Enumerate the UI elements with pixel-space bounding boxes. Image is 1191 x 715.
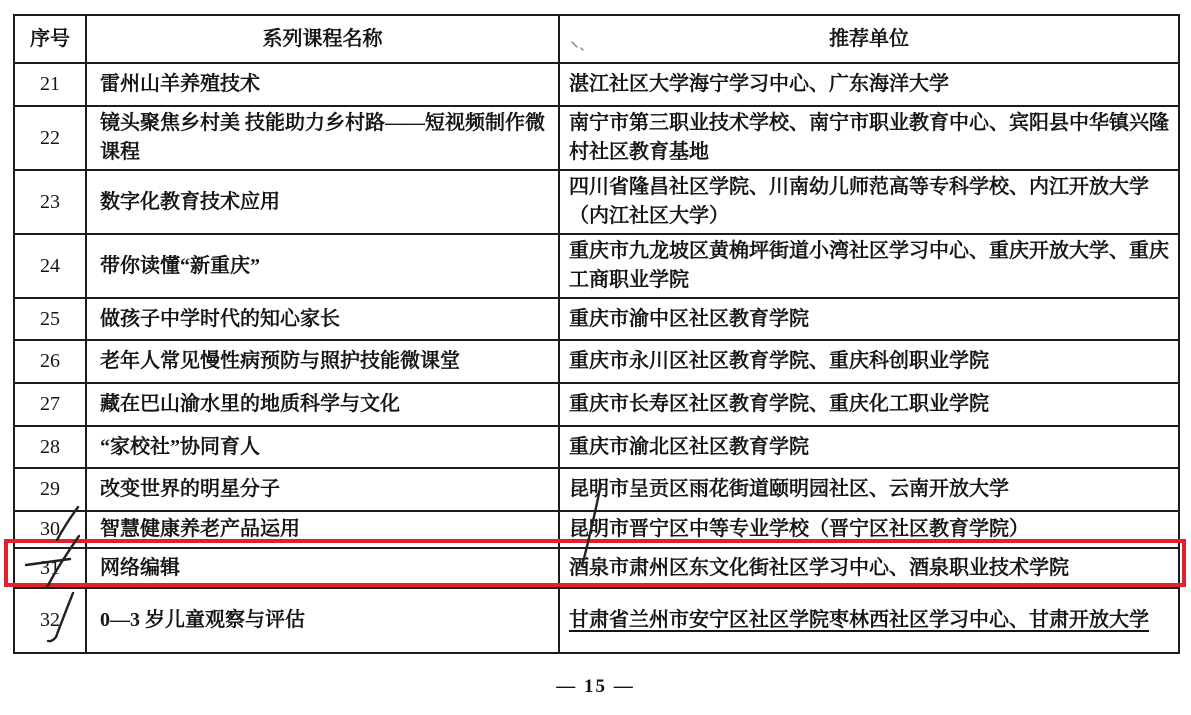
table-row: 21 雷州山羊养殖技术 湛江社区大学海宁学习中心、广东海洋大学 xyxy=(14,63,1179,106)
row-no: 28 xyxy=(14,426,86,468)
row-no: 26 xyxy=(14,340,86,383)
row-course: 改变世界的明星分子 xyxy=(86,468,559,511)
row-course: 数字化教育技术应用 xyxy=(86,170,559,234)
header-no: 序号 xyxy=(14,15,86,63)
row-no: 27 xyxy=(14,383,86,426)
row-unit: 酒泉市肃州区东文化街社区学习中心、酒泉职业技术学院 xyxy=(559,548,1179,588)
row-unit: 湛江社区大学海宁学习中心、广东海洋大学 xyxy=(559,63,1179,106)
row-no: 31 xyxy=(14,548,86,588)
header-course: 系列课程名称 xyxy=(86,15,559,63)
row-course: 智慧健康养老产品运用 xyxy=(86,511,559,548)
header-unit: 推荐单位 xyxy=(559,15,1179,63)
row-unit: 昆明市晋宁区中等专业学校（晋宁区社区教育学院） xyxy=(559,511,1179,548)
row-unit: 重庆市长寿区社区教育学院、重庆化工职业学院 xyxy=(559,383,1179,426)
table-row: 25 做孩子中学时代的知心家长 重庆市渝中区社区教育学院 xyxy=(14,298,1179,340)
row-no: 24 xyxy=(14,234,86,298)
table-row: 22 镜头聚焦乡村美 技能助力乡村路——短视频制作微课程 南宁市第三职业技术学校… xyxy=(14,106,1179,170)
row-course: 镜头聚焦乡村美 技能助力乡村路——短视频制作微课程 xyxy=(86,106,559,170)
row-no: 29 xyxy=(14,468,86,511)
table-row: 32 0—3 岁儿童观察与评估 甘肃省兰州市安宁区社区学院枣林西社区学习中心、甘… xyxy=(14,588,1179,653)
table-row: 29 改变世界的明星分子 昆明市呈贡区雨花街道颐明园社区、云南开放大学 xyxy=(14,468,1179,511)
row-unit: 重庆市九龙坡区黄桷坪街道小湾社区学习中心、重庆开放大学、重庆工商职业学院 xyxy=(559,234,1179,298)
row-course: 网络编辑 xyxy=(86,548,559,588)
page-number: — 15 — xyxy=(0,676,1191,698)
table-row: 28 “家校社”协同育人 重庆市渝北区社区教育学院 xyxy=(14,426,1179,468)
table-row: 24 带你读懂“新重庆” 重庆市九龙坡区黄桷坪街道小湾社区学习中心、重庆开放大学… xyxy=(14,234,1179,298)
table-row: 30 智慧健康养老产品运用 昆明市晋宁区中等专业学校（晋宁区社区教育学院） xyxy=(14,511,1179,548)
row-no: 22 xyxy=(14,106,86,170)
table-header-row: 序号 系列课程名称 推荐单位 xyxy=(14,15,1179,63)
scanned-document-page: 序号 系列课程名称 推荐单位 21 雷州山羊养殖技术 湛江社区大学海宁学习中心、… xyxy=(0,0,1191,715)
row-no: 21 xyxy=(14,63,86,106)
row-no: 23 xyxy=(14,170,86,234)
row-no: 25 xyxy=(14,298,86,340)
row-unit: 重庆市永川区社区教育学院、重庆科创职业学院 xyxy=(559,340,1179,383)
course-recommendation-table: 序号 系列课程名称 推荐单位 21 雷州山羊养殖技术 湛江社区大学海宁学习中心、… xyxy=(13,14,1180,654)
row-course: 雷州山羊养殖技术 xyxy=(86,63,559,106)
row-course: 藏在巴山渝水里的地质科学与文化 xyxy=(86,383,559,426)
row-course: 0—3 岁儿童观察与评估 xyxy=(86,588,559,653)
row-unit: 四川省隆昌社区学院、川南幼儿师范高等专科学校、内江开放大学（内江社区大学） xyxy=(559,170,1179,234)
table-row: 26 老年人常见慢性病预防与照护技能微课堂 重庆市永川区社区教育学院、重庆科创职… xyxy=(14,340,1179,383)
row-course: “家校社”协同育人 xyxy=(86,426,559,468)
row-course: 带你读懂“新重庆” xyxy=(86,234,559,298)
row-no: 32 xyxy=(14,588,86,653)
row-unit: 昆明市呈贡区雨花街道颐明园社区、云南开放大学 xyxy=(559,468,1179,511)
row-no: 30 xyxy=(14,511,86,548)
table-row-highlighted: 31 网络编辑 酒泉市肃州区东文化街社区学习中心、酒泉职业技术学院 xyxy=(14,548,1179,588)
row-unit: 重庆市渝中区社区教育学院 xyxy=(559,298,1179,340)
table-row: 27 藏在巴山渝水里的地质科学与文化 重庆市长寿区社区教育学院、重庆化工职业学院 xyxy=(14,383,1179,426)
row-unit: 甘肃省兰州市安宁区社区学院枣林西社区学习中心、甘肃开放大学 xyxy=(559,588,1179,653)
row-course: 做孩子中学时代的知心家长 xyxy=(86,298,559,340)
row-unit: 南宁市第三职业技术学校、南宁市职业教育中心、宾阳县中华镇兴隆村社区教育基地 xyxy=(559,106,1179,170)
table-row: 23 数字化教育技术应用 四川省隆昌社区学院、川南幼儿师范高等专科学校、内江开放… xyxy=(14,170,1179,234)
row-unit: 重庆市渝北区社区教育学院 xyxy=(559,426,1179,468)
row-course: 老年人常见慢性病预防与照护技能微课堂 xyxy=(86,340,559,383)
